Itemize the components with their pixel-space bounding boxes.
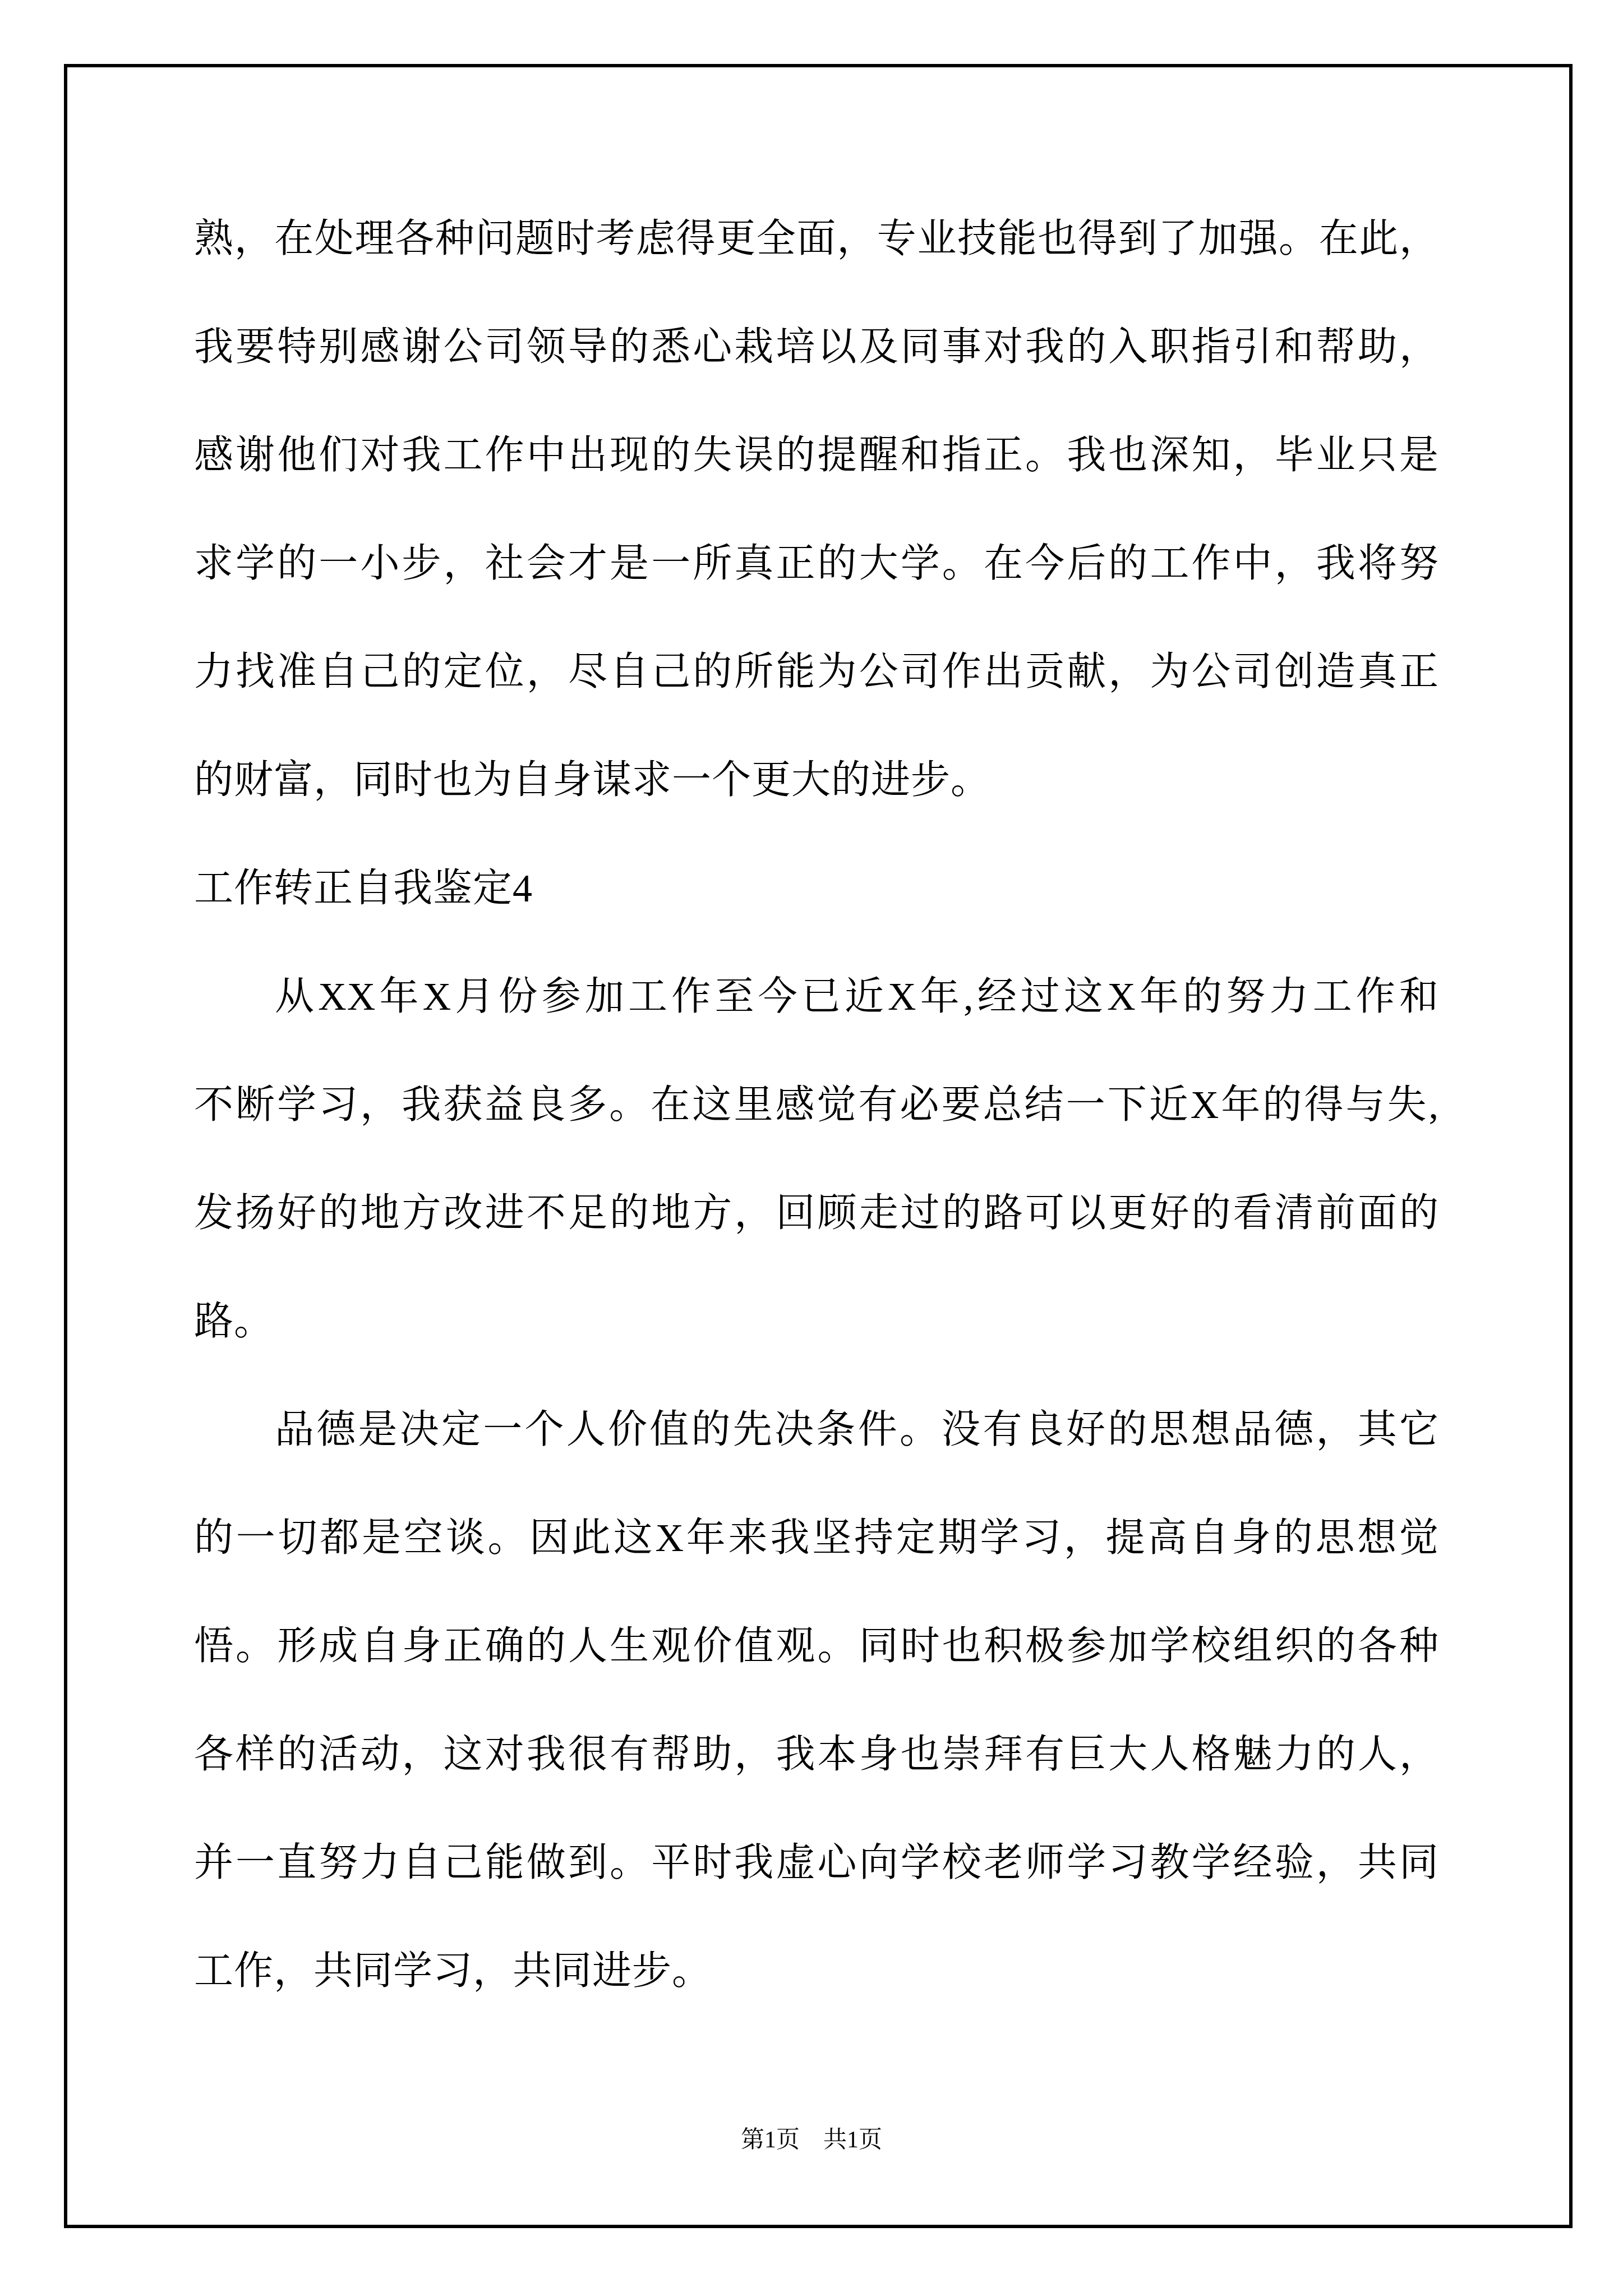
text-line: 力找准自己的定位，尽自己的所能为公司作出贡献，为公司创造真正 <box>194 618 1439 726</box>
text-line: 的财富，同时也为自身谋求一个更大的进步。 <box>194 726 1439 835</box>
text-line: 悟。形成自身正确的人生观价值观。同时也积极参加学校组织的各种 <box>194 1593 1439 1701</box>
text-line: 品德是决定一个人价值的先决条件。没有良好的思想品德，其它 <box>194 1376 1439 1484</box>
text-line: 求学的一小步，社会才是一所真正的大学。在今后的工作中，我将努 <box>194 510 1439 618</box>
text-line: 各样的活动，这对我很有帮助，我本身也崇拜有巨大人格魅力的人， <box>194 1701 1439 1809</box>
section-heading: 工作转正自我鉴定4 <box>194 835 1439 943</box>
text-line: 熟，在处理各种问题时考虑得更全面，专业技能也得到了加强。在此， <box>194 185 1439 293</box>
text-line: 的一切都是空谈。因此这X年来我坚持定期学习，提高自身的思想觉 <box>194 1484 1439 1593</box>
document-text-block: 熟，在处理各种问题时考虑得更全面，专业技能也得到了加强。在此， 我要特别感谢公司… <box>194 185 1439 2026</box>
text-line: 感谢他们对我工作中出现的失误的提醒和指正。我也深知，毕业只是 <box>194 402 1439 510</box>
document-page: { "styles": { "ink_color": "#000000", "p… <box>0 0 1623 2296</box>
text-line: 不断学习，我获益良多。在这里感觉有必要总结一下近X年的得与失, <box>194 1051 1439 1159</box>
text-line: 工作，共同学习，共同进步。 <box>194 1917 1439 2026</box>
text-line: 路。 <box>194 1268 1439 1376</box>
text-line: 发扬好的地方改进不足的地方，回顾走过的路可以更好的看清前面的 <box>194 1159 1439 1268</box>
text-line: 并一直努力自己能做到。平时我虚心向学校老师学习教学经验，共同 <box>194 1809 1439 1917</box>
text-line: 我要特别感谢公司领导的悉心栽培以及同事对我的入职指引和帮助， <box>194 293 1439 402</box>
page-footer: 第1页 共1页 <box>0 2126 1623 2154</box>
text-line: 从XX年X月份参加工作至今已近X年,经过这X年的努力工作和 <box>194 943 1439 1051</box>
